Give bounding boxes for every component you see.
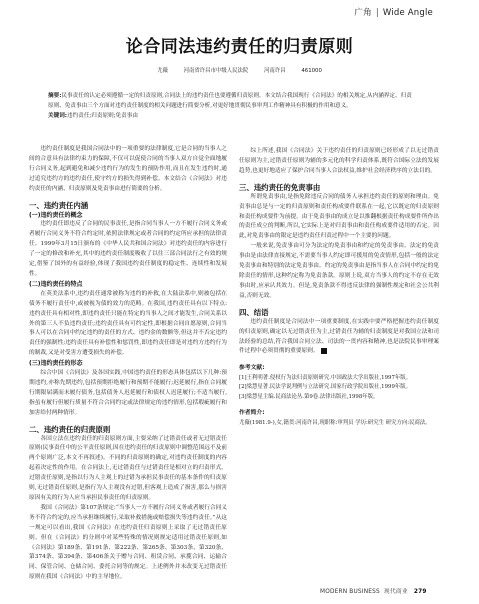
author-location: 河南许昌 — [264, 68, 286, 74]
abstract-block: 摘要:民事责任的认定必须遵循一定的归责原则,合同法上的违约责任也要遵循归责原则。… — [48, 91, 416, 121]
conclusion-text: 违约责任制度是合同法中一项重要制度,在实践中要严格把握违约责任制度的归责原则,确… — [239, 319, 439, 355]
keywords-text: 违约责任;归责原则;免责事由 — [67, 113, 138, 119]
running-header: 广角|Wide Angle — [354, 6, 433, 18]
section-heading-1: 一、违约责任内涵 — [29, 200, 227, 211]
author-bio-text: 尤薇(1981.9-),女,籍贯:河南许昌,现职称:审判员 学历:研究生 研究方… — [239, 419, 439, 429]
end-of-article-icon — [321, 348, 327, 354]
paragraph: 在英美法系中,违约责任通常被称为违约的补救,在大陆法系中,则被包括在债务不履行责… — [29, 290, 227, 359]
section-heading-2: 二、违约责任的归责原则 — [29, 424, 227, 435]
postcode: 461000 — [301, 68, 322, 74]
section-label-cn: 广角 — [354, 8, 371, 18]
paragraph: 违约责任即违反了合同的民事责任,是指合同当事人一方不履行合同义务或者履行合同义务… — [29, 220, 227, 279]
journal-name-en: MODERN BUSINESS — [320, 589, 380, 595]
section-heading-4: 四、结语 — [239, 307, 439, 318]
author-name: 尤薇 — [157, 68, 168, 74]
subsection-heading-1-2: (二)违约责任的特点 — [29, 280, 227, 290]
reference-item: [3]梁慧星主编.民商法论丛.第9卷.法律出版社,1998年版。 — [239, 393, 439, 403]
paragraph: 综上所述,我国《合同法》关于违约责任的归责原则已经形成了以无过错责任原则为主,过… — [239, 147, 439, 177]
reference-item: [1]王利明著.侵权行为法归责原则研究.中国政法大学出版社,1997年版。 — [239, 374, 439, 384]
abstract-label: 摘要: — [48, 93, 61, 99]
section-label-en: Wide Angle — [383, 8, 433, 18]
paragraph: 一般来说,免责事由可分为法定的免责事由和约定的免责事由。法定的免责事由是由法律直… — [239, 242, 439, 301]
byline: 尤薇 河南省许昌市中级人民法院 河南许昌 461000 — [0, 66, 479, 74]
references: 参考文献: [1]王利明著.侵权行为法归责原则研究.中国政法大学出版社,1997… — [239, 364, 439, 402]
paragraph: 所谓免责事由,是指免除违反合同的债务人承担违约责任的原则和理由。免责事由总是与一… — [239, 193, 439, 243]
journal-name-cn: 现代商业 — [384, 589, 408, 595]
paragraph: 综合中国《合同法》及各国实践,中国违约责任的形态具体包括以下几种:预期违约,亦称… — [29, 369, 227, 419]
subsection-heading-1-1: (一)违约责任的概念 — [29, 211, 227, 221]
paragraph: 各国立法在违约责任的归责原则方面,主要采纳了过错责任或者无过错责任原则(民事责任… — [29, 435, 227, 504]
author-affiliation: 河南省许昌市中级人民法院 — [184, 68, 249, 74]
author-bio: 作者简介: 尤薇(1981.9-),女,籍贯:河南许昌,现职称:审判员 学历:研… — [239, 409, 439, 428]
reference-item: [2]梁慧星著.民法学说判例与立法研究.国家行政学院出版社,1999年版。 — [239, 383, 439, 393]
keywords-label: 关键词: — [48, 113, 67, 119]
subsection-heading-1-3: (三)违约责任的形态 — [29, 359, 227, 369]
references-label: 参考文献: — [239, 364, 439, 374]
right-column: 综上所述,我国《合同法》关于违约责任的归责原则已经形成了以无过错责任原则为主,过… — [239, 147, 439, 428]
section-heading-3: 三、违约责任的免责事由 — [239, 182, 439, 193]
abstract: 摘要:民事责任的认定必须遵循一定的归责原则,合同法上的违约责任也要遵循归责原则。… — [48, 91, 416, 111]
keywords: 关键词:违约责任;归责原则;免责事由 — [48, 111, 416, 121]
page-number: 279 — [414, 589, 427, 595]
paragraph: 我国《合同法》第107条规定:“当事人一方不履行合同义务或者履行合同义务不符合约… — [29, 504, 227, 583]
abstract-text: 民事责任的认定必须遵循一定的归责原则,合同法上的违约责任也要遵循归责原则。本文结… — [48, 93, 412, 109]
conclusion-paragraph: 违约责任制度是合同法中一项重要制度,在实践中要严格把握违约责任制度的归责原则,确… — [239, 318, 439, 358]
left-column: 违约责任制度是我国合同法中的一项重要的法律制度,它是合同的当事人之间的合意具有法… — [29, 145, 227, 583]
intro-paragraph: 违约责任制度是我国合同法中的一项重要的法律制度,它是合同的当事人之间的合意具有法… — [29, 145, 227, 195]
article-title: 论合同法违约责任的归责原则 — [0, 32, 479, 57]
author-bio-label: 作者简介: — [239, 409, 439, 419]
header-separator: | — [376, 8, 379, 18]
page-footer: MODERN BUSINESS现代商业279 — [320, 586, 427, 595]
